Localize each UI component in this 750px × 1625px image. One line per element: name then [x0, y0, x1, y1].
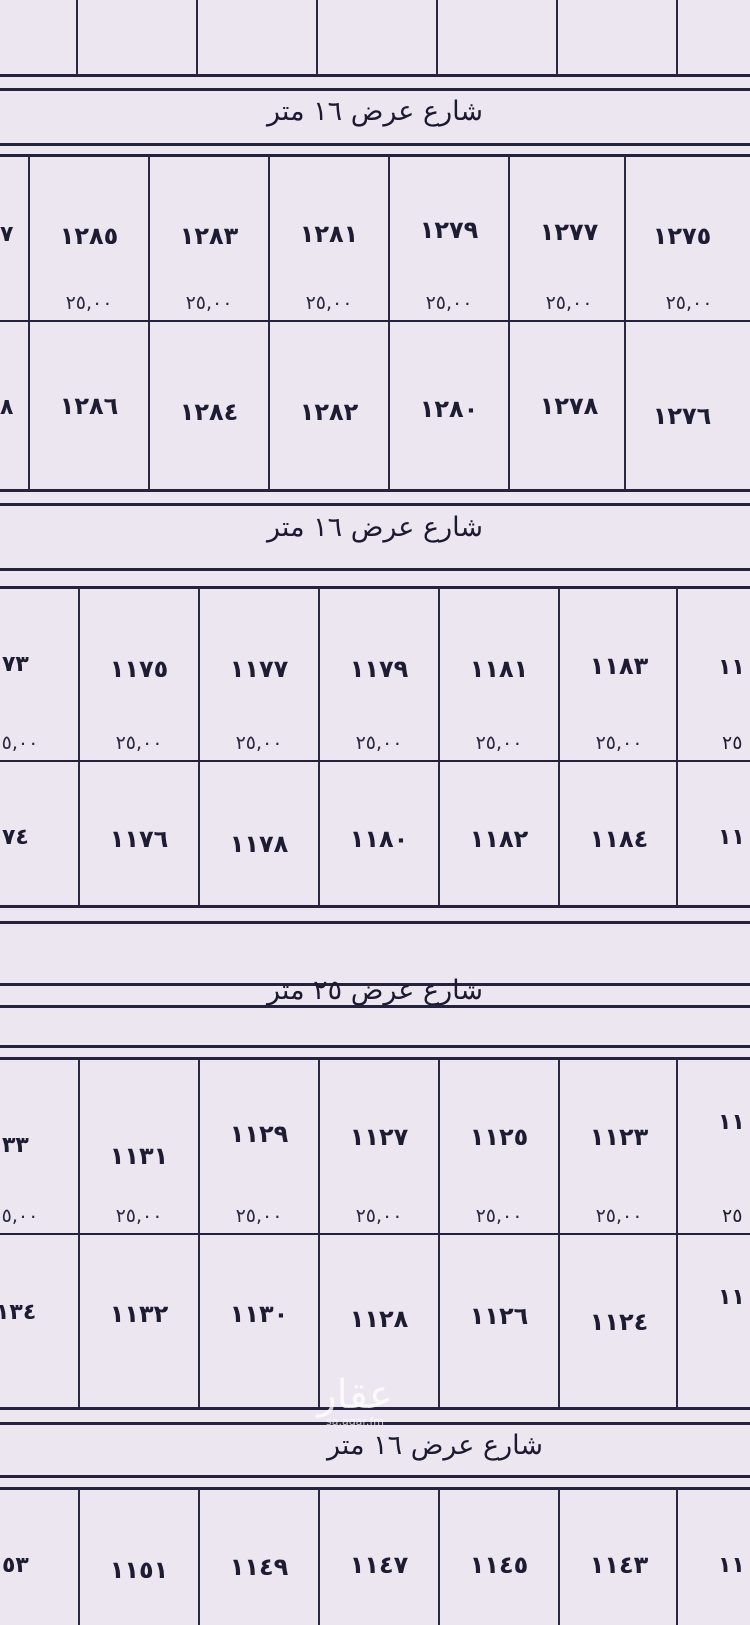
plot-number-partial: ٧٣ — [2, 652, 29, 677]
plot-area: ٢٥,٠٠ — [439, 1205, 559, 1227]
plot-number: ١٢٨٦ — [29, 392, 149, 420]
plot-number: ١٢٨٠ — [389, 395, 509, 423]
divider — [316, 0, 318, 75]
plot-number-partial: ١١ — [718, 825, 745, 850]
street-label: شارع عرض ١٦ متر — [0, 96, 750, 127]
aqar-watermark: عقار sa.aqar.fm — [300, 1375, 410, 1428]
plot-number-partial: ١٣٤ — [0, 1300, 36, 1325]
plot-area: ٢٥,٠٠ — [79, 732, 199, 754]
plot-number: ١١٢٣ — [559, 1123, 679, 1151]
plot-area: ٢٥,٠٠ — [319, 1205, 439, 1227]
plot-number: ١٢٧٩ — [389, 216, 509, 244]
plot-number: ١١٧٦ — [79, 825, 199, 853]
divider — [148, 156, 150, 491]
aqar-logo: عقار — [300, 1375, 410, 1415]
plot-number: ١١٢٤ — [559, 1308, 679, 1336]
plot-number-partial: ١١ — [718, 655, 745, 680]
street-label: شارع عرض ١٦ متر — [0, 512, 750, 543]
plot-area-partial: ٢٥ — [722, 1205, 742, 1227]
plot-number: ١١٤٧ — [319, 1551, 439, 1579]
plot-number: ١٢٧٦ — [622, 402, 742, 430]
plot-number: ١٢٧٧ — [509, 218, 629, 246]
plot-area: ٢٥,٠٠ — [79, 1205, 199, 1227]
plot-area: ٢٥,٠٠ — [559, 1205, 679, 1227]
divider — [76, 0, 78, 75]
plot-number-partial: ٣٣ — [2, 1133, 29, 1158]
street-border — [0, 1045, 750, 1048]
street-label: شارع عرض ٢٥ متر — [0, 975, 750, 1006]
plot-number: ١٢٨١ — [269, 220, 389, 248]
plot-number-partial: ٧ — [0, 222, 13, 247]
block-0-bottom-border — [0, 74, 750, 77]
plot-area: ٥,٠٠ — [0, 1205, 80, 1227]
street-border — [0, 568, 750, 571]
street-border — [0, 88, 750, 91]
street-border — [0, 503, 750, 506]
divider — [508, 156, 510, 491]
plot-area: ٥,٠٠ — [0, 732, 80, 754]
plot-number: ١١٧٥ — [79, 655, 199, 683]
plot-number-partial: ٨ — [0, 395, 13, 420]
street-label: شارع عرض ١٦ متر — [60, 1430, 750, 1461]
plot-number: ١٢٨٥ — [29, 222, 149, 250]
plot-area: ٢٥,٠٠ — [199, 1205, 319, 1227]
plot-number: ١١٣٢ — [79, 1300, 199, 1328]
plot-area: ٢٥,٠٠ — [269, 292, 389, 314]
divider — [196, 0, 198, 75]
plot-number: ١١٢٦ — [439, 1302, 559, 1330]
plot-number: ١١٢٥ — [439, 1123, 559, 1151]
row-divider — [0, 320, 750, 322]
plot-number-partial: ٧٤ — [2, 825, 29, 850]
street-border — [0, 921, 750, 924]
block-border — [0, 1057, 750, 1060]
plot-number: ١١٨٤ — [559, 825, 679, 853]
street-border — [0, 1475, 750, 1478]
street-border — [0, 143, 750, 146]
plot-number-partial: ١١ — [718, 1285, 745, 1310]
plot-area: ٢٥,٠٠ — [29, 292, 149, 314]
plot-area: ٢٥,٠٠ — [199, 732, 319, 754]
divider — [388, 156, 390, 491]
plot-number: ١١٥١ — [79, 1556, 199, 1584]
divider — [436, 0, 438, 75]
plot-area: ٢٥,٠٠ — [509, 292, 629, 314]
plot-number: ١١٢٨ — [319, 1305, 439, 1333]
plot-number: ١١٣١ — [79, 1142, 199, 1170]
plot-number-partial: ١١ — [718, 1110, 745, 1135]
plot-number: ١١٤٩ — [199, 1553, 319, 1581]
plot-number: ١٢٨٢ — [269, 398, 389, 426]
plot-number: ١١٣٠ — [199, 1300, 319, 1328]
plot-number: ١١٢٩ — [199, 1120, 319, 1148]
block-border — [0, 1487, 750, 1490]
plot-number: ١١٧٨ — [199, 830, 319, 858]
plot-area: ٢٥,٠٠ — [149, 292, 269, 314]
plot-number: ١١٢٧ — [319, 1123, 439, 1151]
plot-area: ٢٥,٠٠ — [319, 732, 439, 754]
plot-number-partial: ١١ — [718, 1553, 745, 1578]
plot-area: ٢٥,٠٠ — [559, 732, 679, 754]
plot-number: ١١٤٥ — [439, 1551, 559, 1579]
plot-number: ١١٧٧ — [199, 655, 319, 683]
row-divider — [0, 760, 750, 762]
plot-area: ٢٥,٠٠ — [389, 292, 509, 314]
divider — [676, 0, 678, 75]
street-border — [0, 154, 750, 157]
divider — [28, 156, 30, 491]
plot-number: ١١٧٩ — [319, 655, 439, 683]
divider — [268, 156, 270, 491]
row-divider — [0, 1233, 750, 1235]
plot-number: ١١٨٠ — [319, 825, 439, 853]
plot-number: ١١٨١ — [439, 655, 559, 683]
divider — [556, 0, 558, 75]
block-border — [0, 905, 750, 908]
plot-number-partial: ٥٣ — [2, 1553, 29, 1578]
plot-number: ١٢٧٥ — [622, 222, 742, 250]
plot-area: ٢٥,٠٠ — [439, 732, 559, 754]
plot-number: ١٢٨٤ — [149, 398, 269, 426]
block-border — [0, 586, 750, 589]
plot-area-partial: ٢٥ — [722, 732, 742, 754]
plot-number: ١١٨٢ — [439, 825, 559, 853]
block-border — [0, 489, 750, 492]
plot-number: ١١٤٣ — [559, 1551, 679, 1579]
divider — [624, 156, 626, 491]
street-border — [0, 1005, 750, 1008]
plot-area: ٢٥,٠٠ — [629, 292, 749, 314]
plot-number: ١١٨٣ — [559, 652, 679, 680]
plot-number: ١٢٨٣ — [149, 222, 269, 250]
plot-number: ١٢٧٨ — [509, 392, 629, 420]
